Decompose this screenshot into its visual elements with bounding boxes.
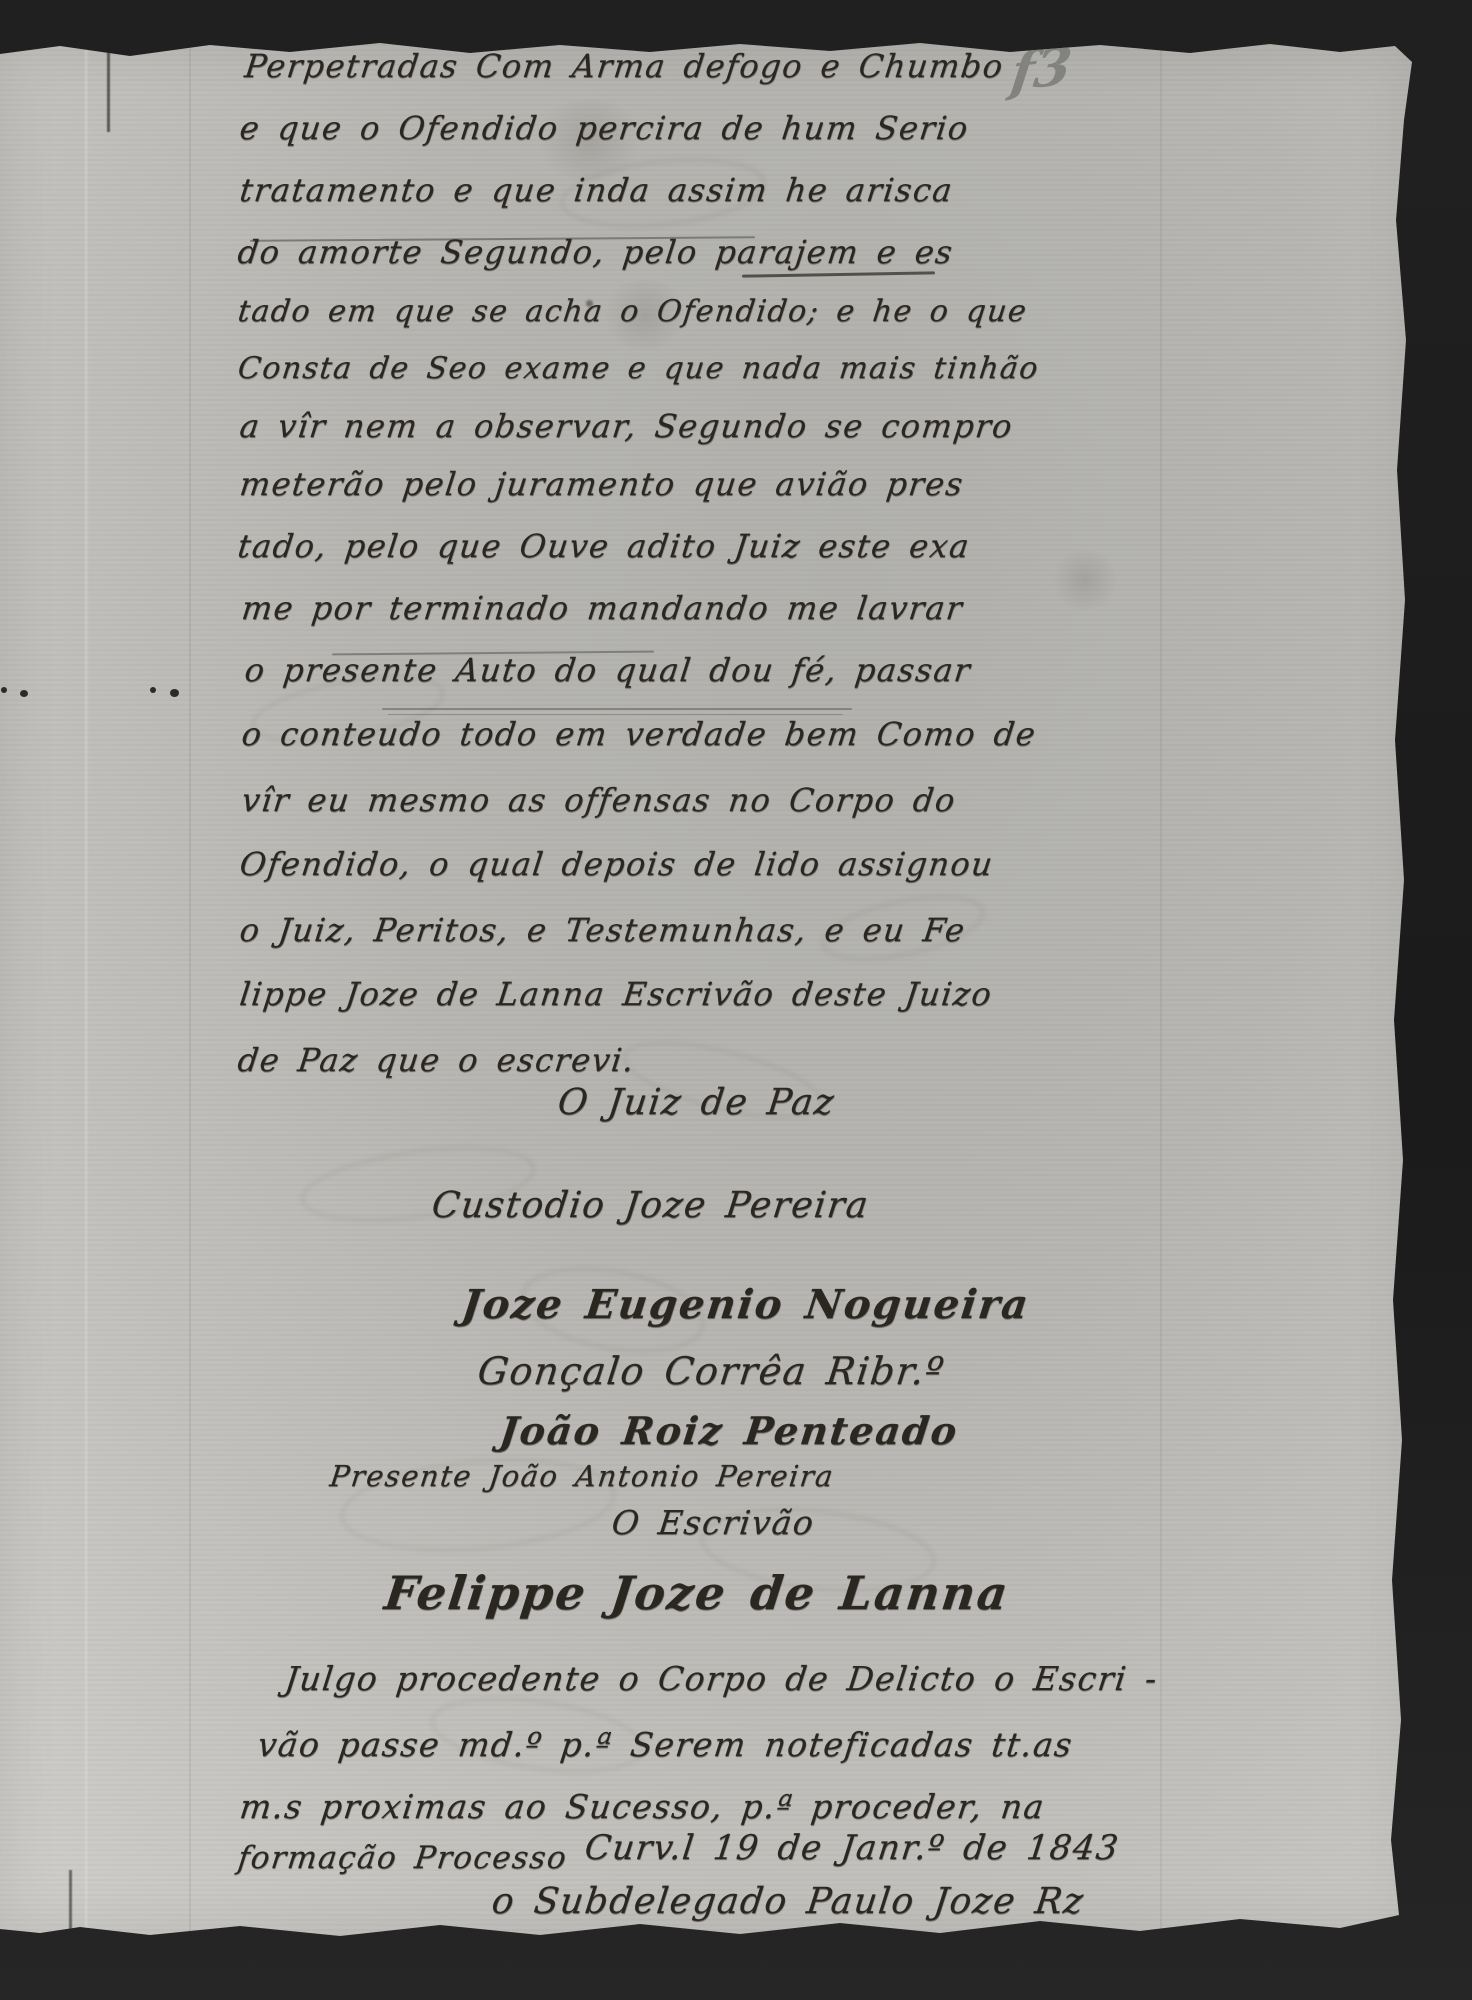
body-line-4: do amorte Segundo, pelo parajem e es <box>236 236 955 268</box>
paper-stain <box>1050 550 1120 610</box>
body-line-1: Perpetradas Com Arma defogo e Chumbo <box>243 50 1006 82</box>
signature-joao-antonio-pereira: Presente João Antonio Pereira <box>328 1462 836 1491</box>
ink-dot <box>170 689 179 697</box>
body-line-17: de Paz que o escrevi. <box>236 1044 637 1076</box>
body-line-3: tratamento e que inda assim he arisca <box>238 174 955 206</box>
date-line: Curv.l 19 de Janr.º de 1843 <box>583 1831 1121 1865</box>
dispatch-line-4: formação Processo <box>236 1843 569 1874</box>
body-line-13: vîr eu mesmo as offensas no Corpo do <box>240 784 958 816</box>
body-line-8: meterão pelo juramento que avião pres <box>238 468 966 500</box>
signature-custodio-joze-pereira: Custodio Joze Pereira <box>430 1188 871 1224</box>
signature-subdelegado-paulo-joze: o Subdelegado Paulo Joze Rz <box>490 1884 1087 1920</box>
role-heading-juiz-de-paz: O Juiz de Paz <box>556 1085 837 1121</box>
body-line-14: Ofendido, o qual depois de lido assignou <box>238 848 995 880</box>
manuscript-page: Perpetradas Com Arma defogo e Chumboe qu… <box>0 40 1412 1936</box>
body-line-10: me por terminado mandando me lavrar <box>240 592 965 624</box>
body-line-11: o presente Auto do qual dou fé, passar <box>243 654 973 686</box>
paper-right-crease <box>1160 40 1162 1936</box>
ink-stroke <box>382 708 852 710</box>
role-heading-escrivao: O Escrivão <box>610 1506 817 1539</box>
ink-dot <box>150 687 156 693</box>
body-line-5: tado em que se acha o Ofendido; e he o q… <box>236 297 1029 327</box>
paper-top-fold-shadow <box>107 40 110 132</box>
body-line-12: o conteudo todo em verdade bem Como de <box>240 718 1038 750</box>
signature-joao-roiz-penteado: João Roiz Penteado <box>498 1412 961 1450</box>
paper-fold-highlight <box>84 40 88 1936</box>
signature-goncalo-correa-ribeiro: Gonçalo Corrêa Ribr.º <box>476 1352 947 1390</box>
dispatch-line-1: Julgo procedente o Corpo de Delicto o Es… <box>283 1662 1160 1695</box>
body-line-15: o Juiz, Peritos, e Testemunhas, e eu Fe <box>238 914 968 946</box>
signature-joze-eugenio-nogueira: Joze Eugenio Nogueira <box>460 1285 1032 1325</box>
body-line-2: e que o Ofendido percira de hum Serio <box>238 112 971 144</box>
body-line-7: a vîr nem a observar, Segundo se compro <box>238 410 1015 442</box>
ink-dot <box>20 690 28 697</box>
paper-margin-crease <box>189 40 191 1936</box>
ink-dot <box>1 687 7 693</box>
body-line-16: lippe Joze de Lanna Escrivão deste Juizo <box>238 978 994 1010</box>
dispatch-line-2: vão passe md.º p.ª Serem noteficadas tt.… <box>256 1728 1075 1761</box>
dispatch-line-3: m.s proximas ao Sucesso, p.ª proceder, n… <box>238 1790 1047 1823</box>
signature-felippe-joze-de-lanna: Felippe Joze de Lanna <box>382 1570 1012 1616</box>
body-line-9: tado, pelo que Ouve adito Juiz este exa <box>236 530 972 562</box>
ink-underline <box>742 271 935 277</box>
body-line-6: Consta de Seo exame e que nada mais tinh… <box>236 354 1041 384</box>
